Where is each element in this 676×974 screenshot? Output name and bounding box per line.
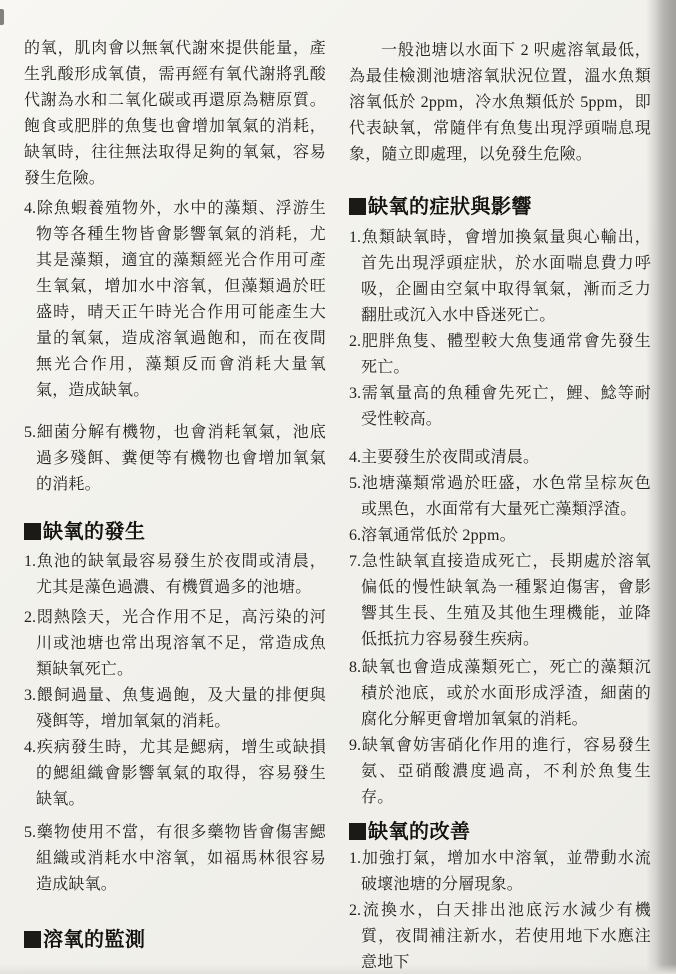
list-item: 2.流換水，白天排出池底污水減少有機質，夜間補注新水，若使用地下水應注意地下 <box>349 898 651 974</box>
list-item: 4.疾病發生時，尤其是鰓病，增生或缺損的鰓組織會影響氧氣的取得，容易發生缺氧。 <box>24 735 326 813</box>
item-text: 藥物使用不當，有很多藥物皆會傷害鰓組織或消耗水中溶氧，如福馬林很容易造成缺氧。 <box>36 824 326 893</box>
section-square-icon <box>24 931 41 948</box>
list-item: 4.主要發生於夜間或清晨。 <box>349 445 651 471</box>
list-item: 5.細菌分解有機物，也會消耗氧氣，池底過多殘餌、糞便等有機物也會增加氧氣的消耗。 <box>24 420 326 498</box>
item-number: 2. <box>349 329 361 355</box>
section-heading-hypoxia-occurrence: 缺氧的發生 <box>24 520 146 544</box>
item-text: 細菌分解有機物，也會消耗氧氣，池底過多殘餌、糞便等有機物也會增加氧氣的消耗。 <box>36 424 326 493</box>
list-item: 7.急性缺氧直接造成死亡，長期處於溶氧偏低的慢性缺氧為一種緊迫傷害，會影響其生長… <box>349 549 651 653</box>
item-number: 1. <box>349 225 361 251</box>
list-item: 3.需氧量高的魚種會先死亡，鯉、鯰等耐受性較高。 <box>349 381 651 433</box>
list-item: 8.缺氧也會造成藻類死亡，死亡的藻類沉積於池底，或於水面形成浮渣，細菌的腐化分解… <box>349 655 651 733</box>
item-text: 流換水，白天排出池底污水減少有機質，夜間補注新水，若使用地下水應注意地下 <box>361 902 651 971</box>
item-text: 肥胖魚隻、體型較大魚隻通常會先發生死亡。 <box>361 333 651 376</box>
list-item: 2.悶熱陰天，光合作用不足，高污染的河川或池塘也常出現溶氧不足，常造成魚類缺氧死… <box>24 605 326 683</box>
item-text: 除魚蝦養殖物外，水中的藻類、浮游生物等各種生物皆會影響氧氣的消耗，尤其是藻類，適… <box>36 200 326 399</box>
list-item: 1.魚池的缺氧最容易發生於夜間或清晨，尤其是藻色過濃、有機質過多的池塘。 <box>24 549 326 601</box>
section-square-icon <box>24 523 41 540</box>
list-item: 1.魚類缺氧時，會增加換氣量與心輸出，首先出現浮頭症狀，於水面喘息費力呼吸，企圖… <box>349 225 651 329</box>
item-number: 5. <box>349 471 361 497</box>
item-text: 魚池的缺氧最容易發生於夜間或清晨，尤其是藻色過濃、有機質過多的池塘。 <box>36 553 326 596</box>
item-text: 主要發生於夜間或清晨。 <box>361 449 539 466</box>
item-number: 8. <box>349 655 361 681</box>
list-item: 5.池塘藻類常過於旺盛，水色常呈棕灰色或黑色，水面常有大量死亡藻類浮渣。 <box>349 471 651 523</box>
list-item: 6.溶氧通常低於 2ppm。 <box>349 523 651 549</box>
list-item: 4.除魚蝦養殖物外，水中的藻類、浮游生物等各種生物皆會影響氧氣的消耗，尤其是藻類… <box>24 196 326 404</box>
list-item: 5.藥物使用不當，有很多藥物皆會傷害鰓組織或消耗水中溶氧，如福馬林很容易造成缺氧… <box>24 820 326 898</box>
item-text: 缺氧也會造成藻類死亡，死亡的藻類沉積於池底，或於水面形成浮渣，細菌的腐化分解更會… <box>361 659 651 728</box>
item-number: 2. <box>24 605 36 631</box>
item-text: 悶熱陰天，光合作用不足，高污染的河川或池塘也常出現溶氧不足，常造成魚類缺氧死亡。 <box>36 609 326 678</box>
item-text: 需氧量高的魚種會先死亡，鯉、鯰等耐受性較高。 <box>361 385 651 428</box>
item-text: 缺氧會妨害硝化作用的進行，容易發生氨、亞硝酸濃度過高，不利於魚隻生存。 <box>361 737 651 806</box>
list-item: 9.缺氧會妨害硝化作用的進行，容易發生氨、亞硝酸濃度過高，不利於魚隻生存。 <box>349 733 651 811</box>
section-heading-label: 溶氧的監測 <box>43 929 146 951</box>
item-text: 急性缺氧直接造成死亡，長期處於溶氧偏低的慢性缺氧為一種緊迫傷害，會影響其生長、生… <box>361 553 651 648</box>
item-number: 3. <box>24 683 36 709</box>
section-heading-oxygen-monitoring: 溶氧的監測 <box>24 928 146 952</box>
item-number: 5. <box>24 820 36 846</box>
item-number: 1. <box>349 846 361 872</box>
item-text: 魚類缺氧時，會增加換氣量與心輸出，首先出現浮頭症狀，於水面喘息費力呼吸，企圖由空… <box>361 229 651 324</box>
item-number: 7. <box>349 549 361 575</box>
item-text: 加強打氣，增加水中溶氧，並帶動水流破壞池塘的分層現象。 <box>361 850 651 893</box>
item-number: 5. <box>24 420 36 446</box>
item-number: 9. <box>349 733 361 759</box>
item-text: 池塘藻類常過於旺盛，水色常呈棕灰色或黑色，水面常有大量死亡藻類浮渣。 <box>361 475 651 518</box>
right-column: 一般池塘以水面下 2 呎處溶氧最低，為最佳檢測池塘溶氧狀況位置，溫水魚類溶氧低於… <box>349 0 651 974</box>
list-item: 2.肥胖魚隻、體型較大魚隻通常會先發生死亡。 <box>349 329 651 381</box>
paragraph-continued-oxygen-debt: 的氧，肌肉會以無氧代謝來提供能量，產生乳酸形成氧債，需再經有氧代謝將乳酸代謝為水… <box>24 36 326 192</box>
left-column: 的氧，肌肉會以無氧代謝來提供能量，產生乳酸形成氧債，需再經有氧代謝將乳酸代謝為水… <box>24 0 326 974</box>
scanned-document-page: 的氧，肌肉會以無氧代謝來提供能量，產生乳酸形成氧債，需再經有氧代謝將乳酸代謝為水… <box>0 0 676 974</box>
section-heading-hypoxia-symptoms: 缺氧的症狀與影響 <box>349 195 532 219</box>
section-heading-label: 缺氧的改善 <box>368 821 471 843</box>
item-number: 2. <box>349 898 361 924</box>
section-heading-label: 缺氧的發生 <box>43 521 146 543</box>
section-heading-label: 缺氧的症狀與影響 <box>368 196 532 218</box>
item-number: 6. <box>349 523 361 549</box>
item-number: 1. <box>24 549 36 575</box>
item-number: 4. <box>24 735 36 761</box>
item-number: 3. <box>349 381 361 407</box>
scan-artifact-mark <box>0 9 4 25</box>
section-square-icon <box>349 823 366 840</box>
list-item: 1.加強打氣，增加水中溶氧，並帶動水流破壞池塘的分層現象。 <box>349 846 651 898</box>
section-heading-hypoxia-improvement: 缺氧的改善 <box>349 820 471 844</box>
item-number: 4. <box>24 196 36 222</box>
item-text: 溶氧通常低於 2ppm。 <box>361 527 516 544</box>
item-number: 4. <box>349 445 361 471</box>
section-square-icon <box>349 198 366 215</box>
item-text: 餵飼過量、魚隻過飽，及大量的排便與殘餌等，增加氧氣的消耗。 <box>36 687 326 730</box>
list-item: 3.餵飼過量、魚隻過飽，及大量的排便與殘餌等，增加氧氣的消耗。 <box>24 683 326 735</box>
paragraph-oxygen-measurement-depth: 一般池塘以水面下 2 呎處溶氧最低，為最佳檢測池塘溶氧狀況位置，溫水魚類溶氧低於… <box>349 38 651 168</box>
item-text: 疾病發生時，尤其是鰓病，增生或缺損的鰓組織會影響氧氣的取得，容易發生缺氧。 <box>36 739 326 808</box>
